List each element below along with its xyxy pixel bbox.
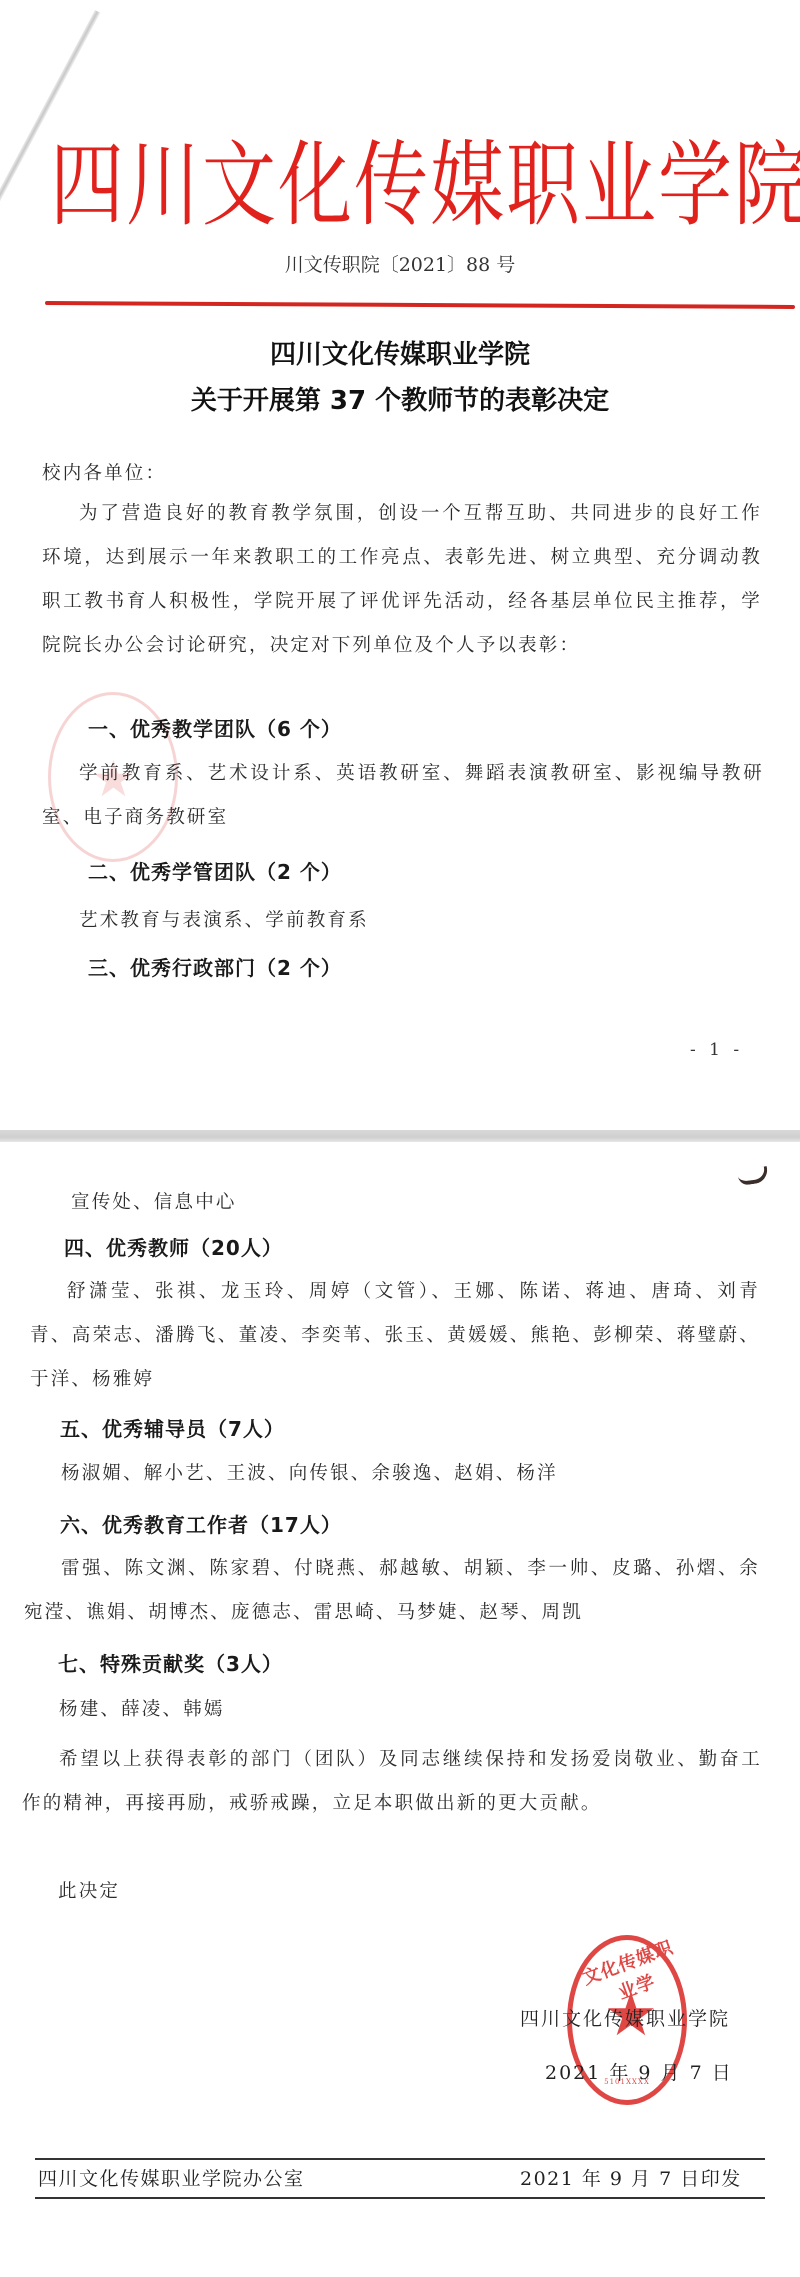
section-body-7: 杨建、薛凌、韩嫣 [22,1688,762,1732]
footer-bottom-rule [35,2197,765,2199]
section-heading-5: 五、优秀辅导员（7人） [60,1413,285,1442]
section-heading-6: 六、优秀教育工作者（17人） [60,1509,342,1538]
section-body-4: 舒潇莹、张祺、龙玉玲、周婷（文管）、王娜、陈诺、蒋迪、唐琦、刘青青、高荣志、潘腾… [30,1270,760,1402]
decision-title-line-1: 四川文化传媒职业学院 [0,332,800,378]
red-letterhead-title: 四川文化传媒职业学院文件 [50,112,790,245]
addressee: 校内各单位： [42,452,166,496]
signature-date: 2021 年 9 月 7 日 [545,2058,733,2085]
section-body-3: 宣传处、信息中心 [34,1181,764,1225]
section-heading-7: 七、特殊贡献奖（3人） [58,1648,283,1677]
issuing-office: 四川文化传媒职业学院办公室 [38,2164,305,2191]
page-separator [0,1130,800,1142]
decision-title-line-2: 关于开展第 37 个教师节的表彰决定 [0,378,800,424]
section-body-5: 杨淑媚、解小艺、王波、向传银、余骏逸、赵娟、杨洋 [24,1452,764,1496]
closing-paragraph: 希望以上获得表彰的部门（团队）及同志继续保持和发扬爱岗敬业、勤奋工作的精神，再接… [22,1738,762,1826]
document-number: 川文传职院〔2021〕88 号 [0,250,800,277]
page-number: - 1 - [690,1040,743,1060]
document-page-1: 四川文化传媒职业学院文件 川文传职院〔2021〕88 号 四川文化传媒职业学院 … [0,0,800,1130]
section-body-2: 艺术教育与表演系、学前教育系 [42,899,764,943]
section-heading-1: 一、优秀教学团队（6 个） [88,713,342,742]
section-body-1: 学前教育系、艺术设计系、英语教研室、舞蹈表演教研室、影视编导教研室、电子商务教研… [42,752,764,840]
intro-paragraph: 为了营造良好的教育教学氛围，创设一个互帮互助、共同进步的良好工作环境，达到展示一… [42,492,762,668]
section-body-6: 雷强、陈文渊、陈家碧、付晓燕、郝越敏、胡颖、李一帅、皮璐、孙熠、余宛滢、谯娟、胡… [24,1547,760,1635]
issue-date: 2021 年 9 月 7 日印发 [520,2164,742,2191]
closing-decision: 此决定 [58,1870,120,1914]
section-heading-4: 四、优秀教师（20人） [64,1232,283,1261]
decision-title: 四川文化传媒职业学院 关于开展第 37 个教师节的表彰决定 [0,332,800,424]
footer-top-rule [35,2158,765,2160]
signature-org: 四川文化传媒职业学院 [520,2004,730,2031]
section-heading-2: 二、优秀学管团队（2 个） [88,856,342,885]
section-heading-3: 三、优秀行政部门（2 个） [88,952,342,981]
red-divider-rule [45,301,795,309]
